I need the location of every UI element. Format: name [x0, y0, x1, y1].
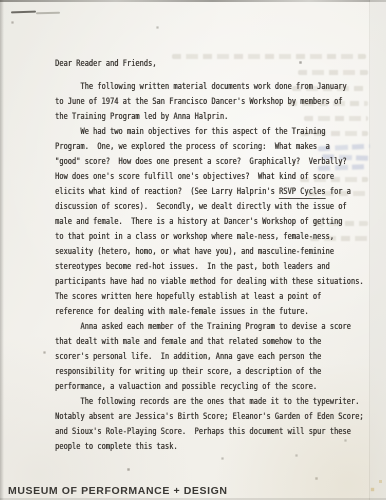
- letter-line: participants have had no viable method f…: [55, 275, 364, 290]
- letter-text-segment: responsibility for writing up their scor…: [55, 367, 321, 377]
- letter-text-segment: male and female. There is a history at D…: [55, 217, 342, 227]
- letter-line: The following written material documents…: [55, 80, 364, 95]
- letter-text-segment: discussion of scores). Secondly, we deal…: [55, 202, 347, 212]
- letter-text-segment: people to complete this task.: [55, 442, 178, 452]
- scan-top-edge: [0, 0, 386, 2]
- letter-text-segment: How does one's score fulfill one's objec…: [55, 172, 334, 182]
- letter-line: We had two main objectives for this aspe…: [55, 125, 364, 140]
- letter-text-segment: The following records are the ones that …: [55, 397, 359, 407]
- letter-line: to June of 1974 at the San Francisco Dan…: [55, 95, 364, 110]
- letter-salutation: Dear Reader and Friends,: [55, 57, 156, 72]
- letter-text-segment: "good" score? How does one present a sco…: [55, 157, 347, 167]
- letter-line: performance, a valuaction and possible r…: [55, 380, 364, 395]
- scan-left-shadow: [0, 0, 4, 500]
- letter-line: The scores written here hopefully establ…: [55, 290, 364, 305]
- letter-text-segment: elicits what kind of reaction? (See Larr…: [55, 187, 279, 197]
- letter-text-segment: scorer's personal life. In addition, Ann…: [55, 352, 321, 362]
- letter-text-segment: Notably absent are Jessica's Birth Score…: [55, 412, 364, 422]
- letter-line: and Sioux's Role-Playing Score. Perhaps …: [55, 425, 364, 440]
- letter-text-segment: participants have had no viable method f…: [55, 277, 364, 287]
- paper-specks: [0, 0, 1, 1]
- letter-text-segment: We had two main objectives for this aspe…: [55, 127, 325, 137]
- letter-body: The following written material documents…: [55, 80, 386, 455]
- letter-text-segment: to June of 1974 at the San Francisco Dan…: [55, 97, 342, 107]
- letter-text-segment: Anna asked each member of the Training P…: [55, 322, 351, 332]
- letter-line: Anna asked each member of the Training P…: [55, 320, 364, 335]
- letter-text-segment: the Training Program led by Anna Halprin…: [55, 112, 228, 122]
- letter-line: responsibility for writing up their scor…: [55, 365, 364, 380]
- letter-line: Program. One, we explored the process of…: [55, 140, 364, 155]
- letter-text-segment: that dealt with male and female and that…: [55, 337, 321, 347]
- letter-line: scorer's personal life. In addition, Ann…: [55, 350, 364, 365]
- letter-line: reference for dealing with male-female i…: [55, 305, 364, 320]
- letter-line: people to complete this task.: [55, 440, 364, 455]
- typed-bleed-through: [172, 54, 366, 59]
- letter-text-segment: The following written material documents…: [55, 82, 347, 92]
- letter-line: elicits what kind of reaction? (See Larr…: [55, 185, 364, 200]
- letter-line: male and female. There is a history at D…: [55, 215, 364, 230]
- letter-line: stereotypes become red-hot issues. In th…: [55, 260, 364, 275]
- letter-line: to that point in a class or workshop whe…: [55, 230, 364, 245]
- scanned-letter-page: Dear Reader and Friends, The following w…: [0, 0, 386, 500]
- archive-caption: MUSEUM OF PERFORMANCE + DESIGN: [8, 485, 228, 497]
- letter-text-segment: sexuality (hetero, homo, or what have yo…: [55, 247, 334, 257]
- typed-bleed-through: [298, 70, 368, 75]
- letter-line: Notably absent are Jessica's Birth Score…: [55, 410, 364, 425]
- letter-line: the Training Program led by Anna Halprin…: [55, 110, 364, 125]
- letter-text-segment: for a: [326, 187, 351, 197]
- letter-text-segment: reference for dealing with male-female i…: [55, 307, 309, 317]
- letter-line: The following records are the ones that …: [55, 395, 364, 410]
- letter-line: discussion of scores). Secondly, we deal…: [55, 200, 364, 215]
- staple-mark-faint: [36, 12, 60, 14]
- letter-text-segment: stereotypes become red-hot issues. In th…: [55, 262, 330, 272]
- letter-text-segment: to that point in a class or workshop whe…: [55, 232, 334, 242]
- letter-text-segment: performance, a valuaction and possible r…: [55, 382, 317, 392]
- letter-line: How does one's score fulfill one's objec…: [55, 170, 364, 185]
- letter-text-segment: The scores written here hopefully establ…: [55, 292, 321, 302]
- letter-text-segment: and Sioux's Role-Playing Score. Perhaps …: [55, 427, 351, 437]
- letter-line: sexuality (hetero, homo, or what have yo…: [55, 245, 364, 260]
- letter-line: that dealt with male and female and that…: [55, 335, 364, 350]
- letter-line: "good" score? How does one present a sco…: [55, 155, 364, 170]
- letter-text-segment: Program. One, we explored the process of…: [55, 142, 330, 152]
- underlined-book-title: RSVP Cycles: [279, 187, 325, 199]
